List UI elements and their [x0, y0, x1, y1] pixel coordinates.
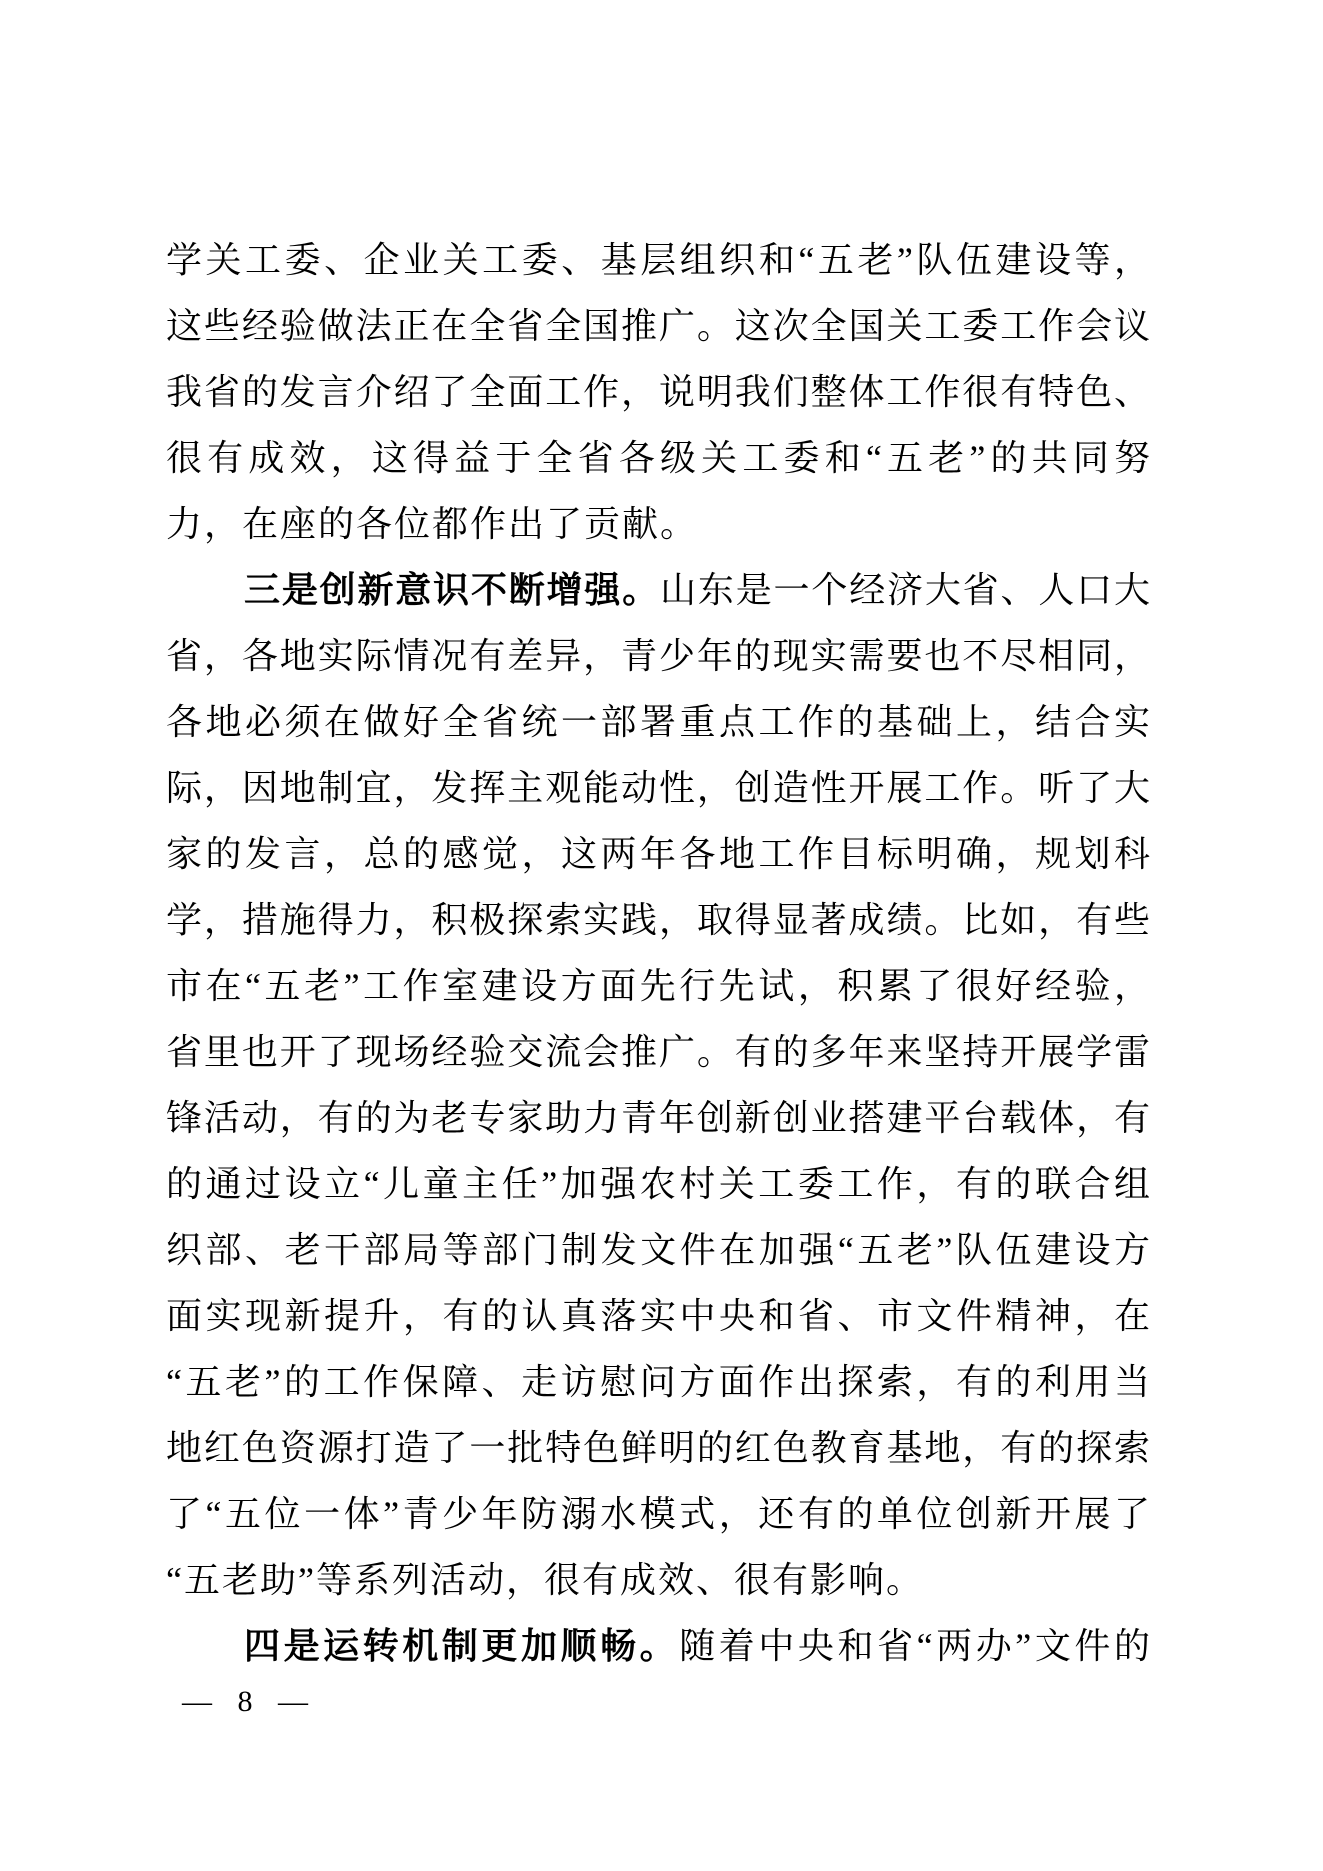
- paragraph-end-line: “五老助”等系列活动，很有成效、很有影响。: [166, 1547, 1151, 1613]
- text-line: 我省的发言介绍了全面工作，说明我们整体工作很有特色、: [166, 359, 1151, 425]
- text-line: 很有成效，这得益于全省各级关工委和“五老”的共同努: [166, 425, 1151, 491]
- document-page: 学关工委、企业关工委、基层组织和“五老”队伍建设等， 这些经验做法正在全省全国推…: [0, 0, 1323, 1871]
- text-line: 地红色资源打造了一批特色鲜明的红色教育基地，有的探索: [166, 1415, 1151, 1481]
- text-line: 省，各地实际情况有差异，青少年的现实需要也不尽相同，: [166, 623, 1151, 689]
- text-line: 学，措施得力，积极探索实践，取得显著成绩。比如，有些: [166, 887, 1151, 953]
- line-text: 随着中央和省“两办”文件的: [679, 1626, 1151, 1666]
- text-line: 际，因地制宜，发挥主观能动性，创造性开展工作。听了大: [166, 755, 1151, 821]
- text-line: 面实现新提升，有的认真落实中央和省、市文件精神，在: [166, 1283, 1151, 1349]
- section-heading-four: 四是运转机制更加顺畅。: [244, 1626, 679, 1666]
- text-line: 的通过设立“儿童主任”加强农村关工委工作，有的联合组: [166, 1151, 1151, 1217]
- text-line: 学关工委、企业关工委、基层组织和“五老”队伍建设等，: [166, 227, 1151, 293]
- line-text: 山东是一个经济大省、人口大: [660, 570, 1151, 610]
- page-number: — 8 —: [182, 1680, 310, 1724]
- text-line: 省里也开了现场经验交流会推广。有的多年来坚持开展学雷: [166, 1019, 1151, 1085]
- paragraph-start-line: 三是创新意识不断增强。山东是一个经济大省、人口大: [166, 557, 1151, 623]
- text-line: 家的发言，总的感觉，这两年各地工作目标明确，规划科: [166, 821, 1151, 887]
- document-text-block: 学关工委、企业关工委、基层组织和“五老”队伍建设等， 这些经验做法正在全省全国推…: [166, 227, 1151, 1679]
- section-heading-three: 三是创新意识不断增强。: [244, 570, 660, 610]
- text-line: “五老”的工作保障、走访慰问方面作出探索，有的利用当: [166, 1349, 1151, 1415]
- text-line: 织部、老干部局等部门制发文件在加强“五老”队伍建设方: [166, 1217, 1151, 1283]
- paragraph-end-line: 力，在座的各位都作出了贡献。: [166, 491, 1151, 557]
- paragraph-start-line: 四是运转机制更加顺畅。随着中央和省“两办”文件的: [166, 1613, 1151, 1679]
- text-line: 市在“五老”工作室建设方面先行先试，积累了很好经验，: [166, 953, 1151, 1019]
- text-line: 锋活动，有的为老专家助力青年创新创业搭建平台载体，有: [166, 1085, 1151, 1151]
- text-line: 这些经验做法正在全省全国推广。这次全国关工委工作会议: [166, 293, 1151, 359]
- text-line: 了“五位一体”青少年防溺水模式，还有的单位创新开展了: [166, 1481, 1151, 1547]
- text-line: 各地必须在做好全省统一部署重点工作的基础上，结合实: [166, 689, 1151, 755]
